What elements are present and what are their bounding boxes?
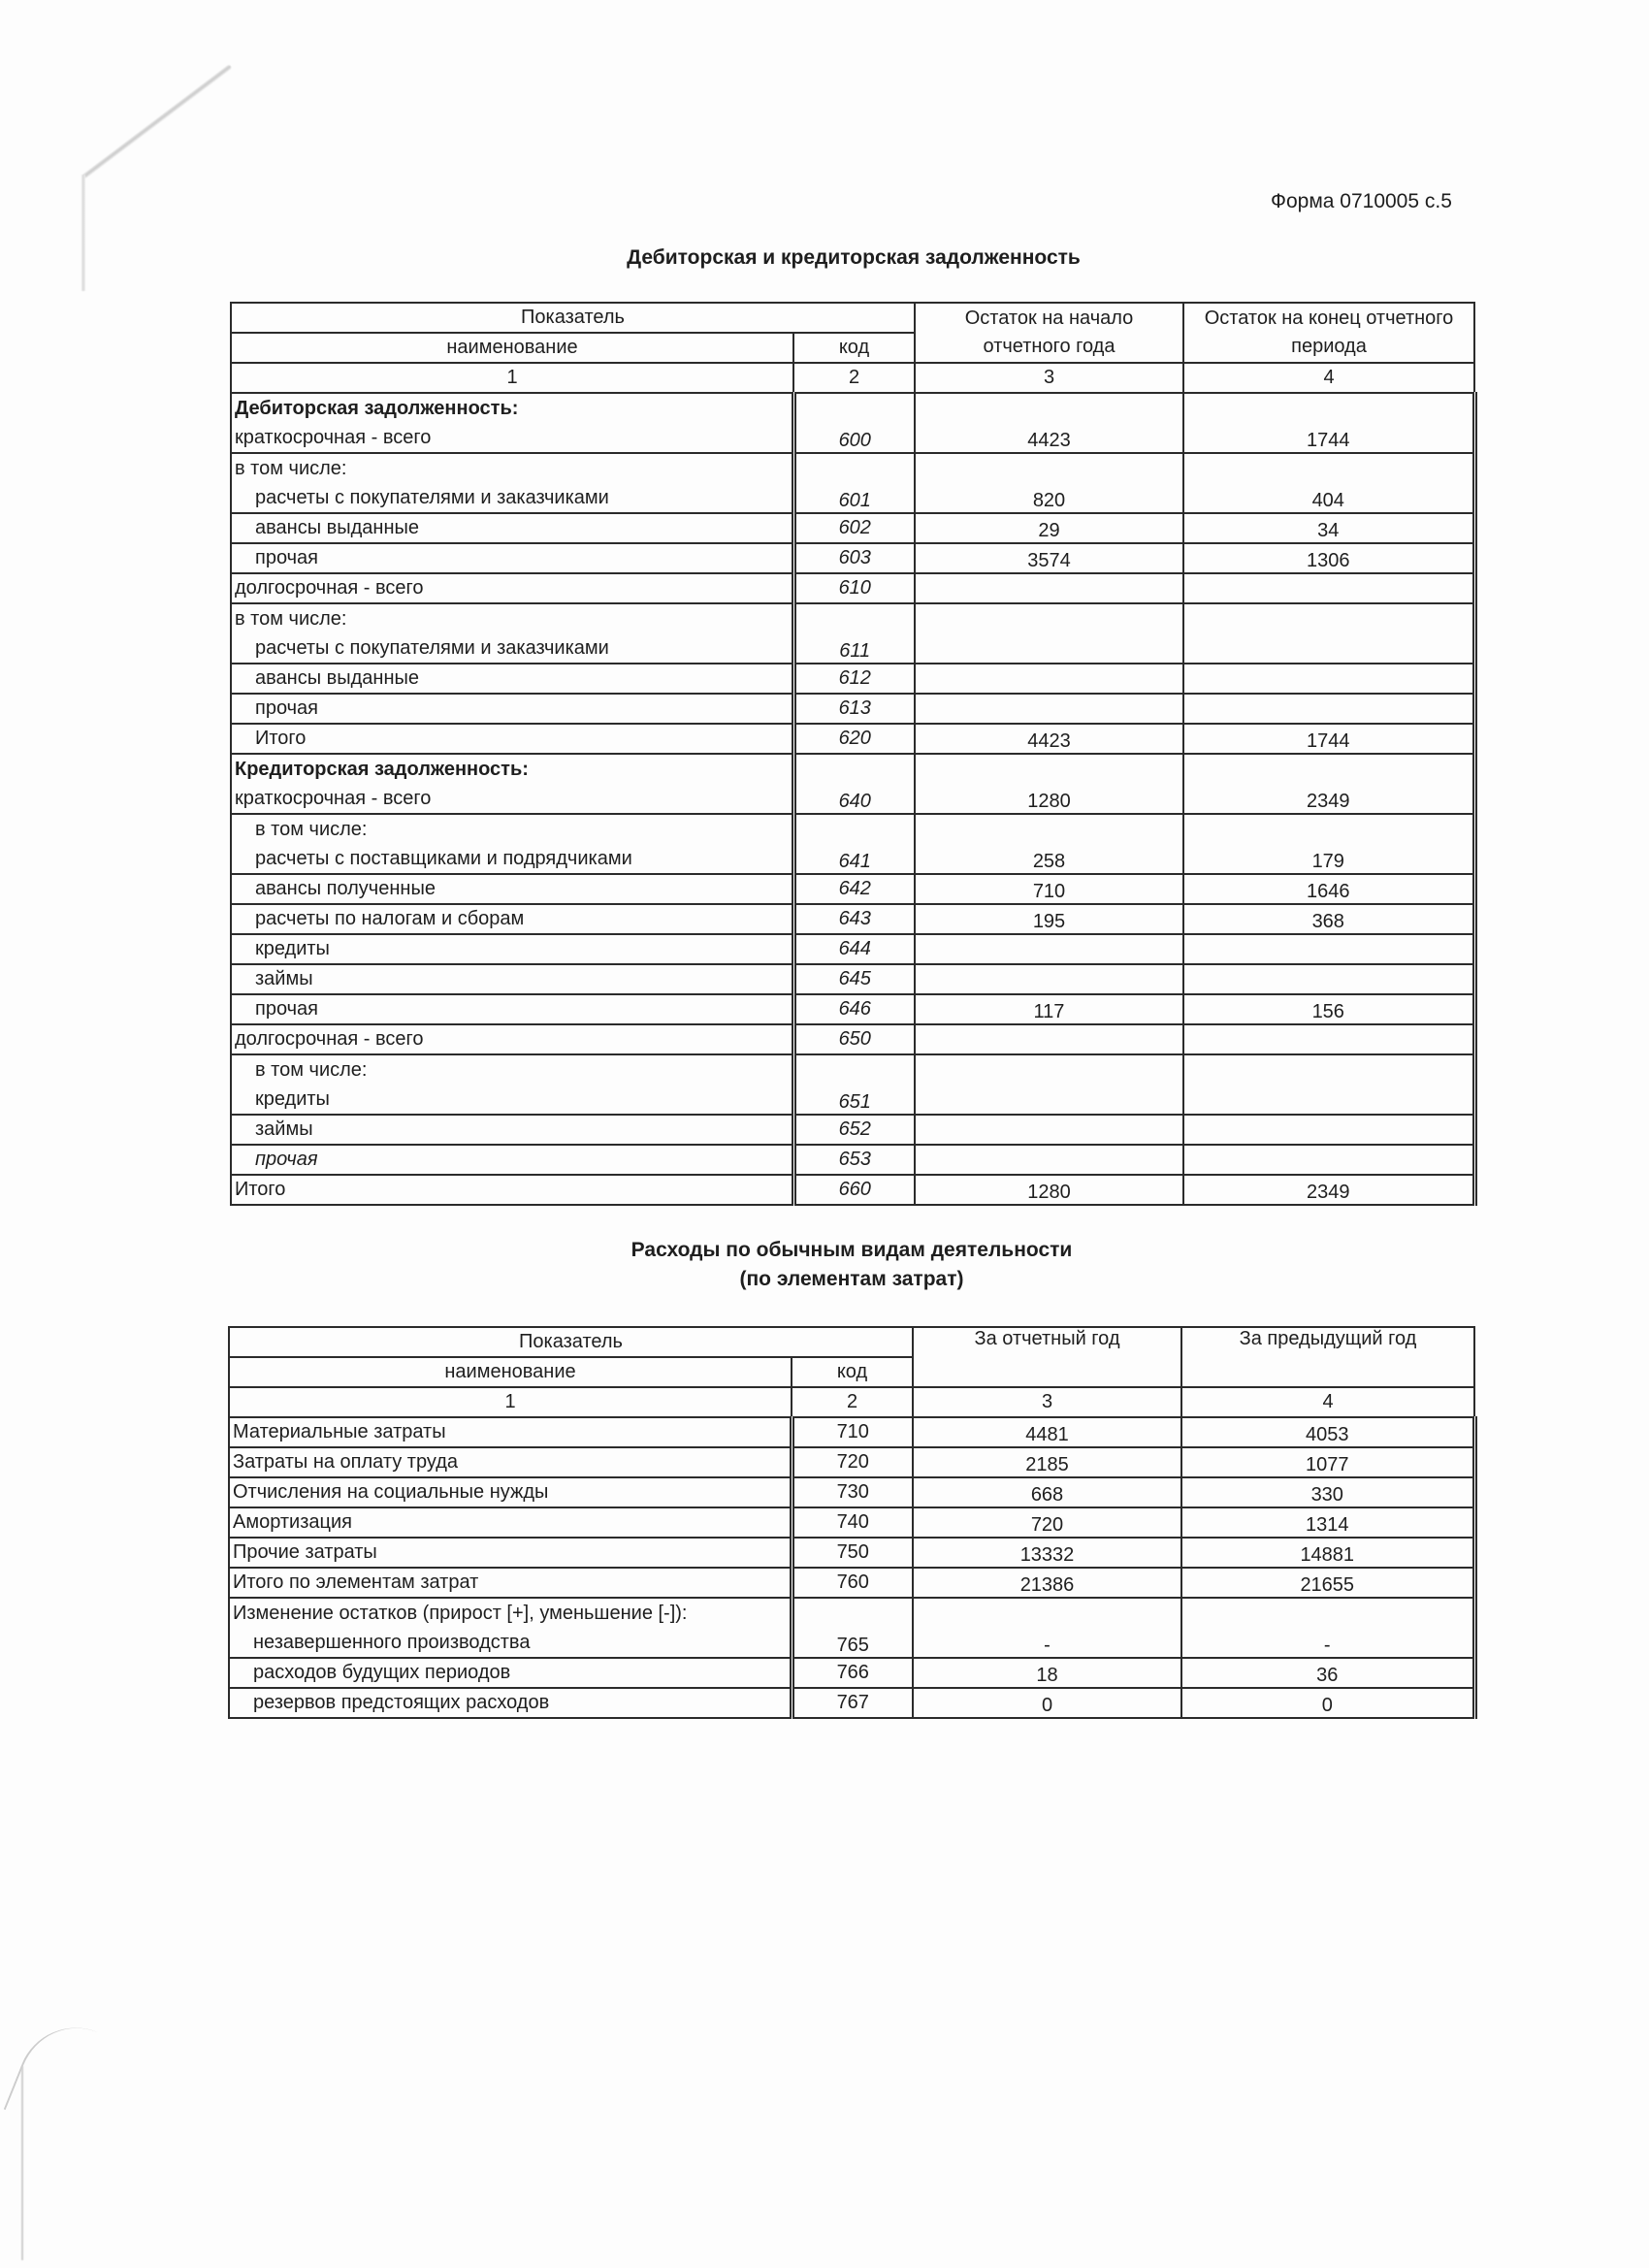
row-value-end: 179	[1183, 814, 1474, 874]
row-label-text: прочая	[235, 697, 789, 720]
row-code: 611	[793, 603, 915, 664]
row-label: прочая	[231, 694, 793, 724]
row-code: 644	[793, 934, 915, 964]
row-value-start	[915, 1145, 1183, 1175]
row-label-text: Итого по элементам затрат	[233, 1571, 787, 1594]
row-value-current: 21386	[913, 1568, 1181, 1598]
row-code: 740	[792, 1507, 913, 1538]
row-value-previous: 1314	[1181, 1507, 1474, 1538]
scan-curve-mark	[4, 2010, 100, 2131]
row-code: 610	[793, 573, 915, 603]
form-code: Форма 0710005 с.5	[1271, 190, 1452, 213]
row-label-text: авансы выданные	[235, 517, 789, 539]
table-row: долгосрочная - всего610	[231, 573, 1474, 603]
row-value-end	[1183, 603, 1474, 664]
header-start: Остаток на начало отчетного года	[915, 303, 1183, 363]
row-value-start: 195	[915, 904, 1183, 934]
row-code: 602	[793, 513, 915, 543]
row-value-end	[1183, 1054, 1474, 1115]
row-label-text: расчеты по налогам и сборам	[235, 908, 789, 930]
row-label-text: Кредиторская задолженность:	[235, 755, 789, 784]
row-label: в том числе:расчеты с покупателями и зак…	[231, 453, 793, 513]
row-label: Прочие затраты	[229, 1538, 792, 1568]
row-value-start: 3574	[915, 543, 1183, 573]
table-row: расчеты по налогам и сборам643195368	[231, 904, 1474, 934]
row-value-previous: -	[1181, 1598, 1474, 1658]
row-code: 641	[793, 814, 915, 874]
row-value-start	[915, 1115, 1183, 1145]
row-value-start: 29	[915, 513, 1183, 543]
row-code: 765	[792, 1598, 913, 1658]
row-label: авансы выданные	[231, 664, 793, 694]
row-value-end: 156	[1183, 994, 1474, 1024]
row-sublabel-text: кредиты	[235, 1085, 789, 1114]
row-value-start	[915, 573, 1183, 603]
row-label: долгосрочная - всего	[231, 573, 793, 603]
row-value-start	[915, 664, 1183, 694]
header-num-2: 2	[792, 1387, 913, 1417]
table-row: Итого62044231744	[231, 724, 1474, 754]
expenses-subtitle: (по элементам затрат)	[27, 1265, 1649, 1294]
row-value-current: 13332	[913, 1538, 1181, 1568]
row-label-text: в том числе:	[235, 815, 789, 844]
table-row: авансы выданные612	[231, 664, 1474, 694]
row-code: 601	[793, 453, 915, 513]
row-label-text: займы	[235, 1118, 789, 1141]
row-code: 613	[793, 694, 915, 724]
row-value-end	[1183, 934, 1474, 964]
row-label-text: Изменение остатков (прирост [+], уменьше…	[233, 1599, 787, 1628]
header-code: код	[792, 1357, 913, 1387]
row-label: прочая	[231, 1145, 793, 1175]
table-row: Кредиторская задолженность:краткосрочная…	[231, 754, 1474, 814]
row-label-text: Амортизация	[233, 1511, 787, 1534]
header-name: наименование	[229, 1357, 792, 1387]
row-label-text: прочая	[235, 998, 789, 1021]
row-code: 612	[793, 664, 915, 694]
scan-edge-mark-bottom	[21, 2066, 23, 2260]
row-code: 650	[793, 1024, 915, 1054]
row-label: займы	[231, 1115, 793, 1145]
row-code: 645	[793, 964, 915, 994]
row-value-start	[915, 934, 1183, 964]
row-label-text: Отчисления на социальные нужды	[233, 1481, 787, 1504]
row-value-start: 710	[915, 874, 1183, 904]
header-num-1: 1	[229, 1387, 792, 1417]
row-label: резервов предстоящих расходов	[229, 1688, 792, 1718]
row-value-end: 34	[1183, 513, 1474, 543]
row-label: в том числе:расчеты с поставщиками и под…	[231, 814, 793, 874]
table-row: Отчисления на социальные нужды730668330	[229, 1477, 1474, 1507]
table-row: кредиты644	[231, 934, 1474, 964]
row-value-start: 1280	[915, 1175, 1183, 1205]
row-value-start: 258	[915, 814, 1183, 874]
row-code: 640	[793, 754, 915, 814]
row-value-previous: 21655	[1181, 1568, 1474, 1598]
row-code: 646	[793, 994, 915, 1024]
scan-edge-mark	[81, 175, 85, 291]
row-label-text: займы	[235, 968, 789, 990]
row-value-start: 820	[915, 453, 1183, 513]
table-row: Затраты на оплату труда72021851077	[229, 1447, 1474, 1477]
row-value-current: 4481	[913, 1417, 1181, 1447]
row-code: 750	[792, 1538, 913, 1568]
row-value-end: 1744	[1183, 724, 1474, 754]
row-value-previous: 0	[1181, 1688, 1474, 1718]
row-value-start	[915, 1024, 1183, 1054]
row-value-end: 2349	[1183, 1175, 1474, 1205]
row-label: прочая	[231, 543, 793, 573]
header-num-1: 1	[231, 363, 793, 393]
row-value-end	[1183, 1024, 1474, 1054]
table-row: прочая653	[231, 1145, 1474, 1175]
row-value-end: 368	[1183, 904, 1474, 934]
debt-table: Показатель Остаток на начало отчетного г…	[230, 302, 1477, 1206]
table-row: прочая613	[231, 694, 1474, 724]
row-label-text: расходов будущих периодов	[233, 1662, 787, 1684]
table-row: в том числе:расчеты с покупателями и зак…	[231, 453, 1474, 513]
header-code: код	[793, 333, 915, 363]
row-sublabel-text: расчеты с поставщиками и подрядчиками	[235, 844, 789, 873]
row-value-current: 720	[913, 1507, 1181, 1538]
row-label-text: в том числе:	[235, 454, 789, 483]
header-end: Остаток на конец отчетного периода	[1183, 303, 1474, 363]
table-row: Изменение остатков (прирост [+], уменьше…	[229, 1598, 1474, 1658]
row-label: расходов будущих периодов	[229, 1658, 792, 1688]
row-code: 760	[792, 1568, 913, 1598]
row-value-end	[1183, 573, 1474, 603]
header-previous: За предыдущий год	[1181, 1327, 1474, 1387]
row-value-start	[915, 694, 1183, 724]
row-label-text: прочая	[235, 1149, 789, 1171]
row-value-current: 668	[913, 1477, 1181, 1507]
table-row: авансы выданные6022934	[231, 513, 1474, 543]
row-code: 651	[793, 1054, 915, 1115]
table-row: Материальные затраты71044814053	[229, 1417, 1474, 1447]
table-row: в том числе:расчеты с поставщиками и под…	[231, 814, 1474, 874]
row-value-current: 0	[913, 1688, 1181, 1718]
row-label: расчеты по налогам и сборам	[231, 904, 793, 934]
row-value-start	[915, 603, 1183, 664]
row-label-text: Итого	[235, 728, 789, 750]
table-row: займы652	[231, 1115, 1474, 1145]
row-label: Изменение остатков (прирост [+], уменьше…	[229, 1598, 792, 1658]
row-sublabel-text: краткосрочная - всего	[235, 784, 789, 813]
table-row: прочая60335741306	[231, 543, 1474, 573]
table-row: в том числе:кредиты651	[231, 1054, 1474, 1115]
row-value-current: 2185	[913, 1447, 1181, 1477]
header-num-2: 2	[793, 363, 915, 393]
row-value-current: 18	[913, 1658, 1181, 1688]
row-sublabel-text: расчеты с покупателями и заказчиками	[235, 633, 789, 663]
row-label: в том числе:расчеты с покупателями и зак…	[231, 603, 793, 664]
header-current: За отчетный год	[913, 1327, 1181, 1387]
row-label-text: Затраты на оплату труда	[233, 1451, 787, 1474]
row-label: займы	[231, 964, 793, 994]
row-value-start: 1280	[915, 754, 1183, 814]
row-label: Амортизация	[229, 1507, 792, 1538]
debt-table-title: Дебиторская и кредиторская задолженность	[29, 246, 1649, 270]
row-code: 653	[793, 1145, 915, 1175]
row-sublabel-text: незавершенного производства	[233, 1628, 787, 1657]
row-code: 642	[793, 874, 915, 904]
row-code: 720	[792, 1447, 913, 1477]
row-code: 766	[792, 1658, 913, 1688]
row-code: 643	[793, 904, 915, 934]
row-value-end	[1183, 1145, 1474, 1175]
table-row: Итого по элементам затрат7602138621655	[229, 1568, 1474, 1598]
table-row: авансы полученные6427101646	[231, 874, 1474, 904]
row-label: Отчисления на социальные нужды	[229, 1477, 792, 1507]
row-value-end: 2349	[1183, 754, 1474, 814]
row-label-text: Материальные затраты	[233, 1421, 787, 1443]
table-row: Амортизация7407201314	[229, 1507, 1474, 1538]
row-code: 710	[792, 1417, 913, 1447]
expenses-table: Показатель За отчетный год За предыдущий…	[228, 1326, 1477, 1719]
row-value-start	[915, 1054, 1183, 1115]
row-code: 620	[793, 724, 915, 754]
table-row: Дебиторская задолженность:краткосрочная …	[231, 393, 1474, 453]
row-value-end: 1306	[1183, 543, 1474, 573]
row-label: Кредиторская задолженность:краткосрочная…	[231, 754, 793, 814]
row-value-current: -	[913, 1598, 1181, 1658]
row-label-text: авансы выданные	[235, 667, 789, 690]
row-label: Затраты на оплату труда	[229, 1447, 792, 1477]
row-value-start: 4423	[915, 724, 1183, 754]
row-value-end	[1183, 964, 1474, 994]
row-value-end: 404	[1183, 453, 1474, 513]
row-label-text: Дебиторская задолженность:	[235, 394, 789, 423]
table-row: резервов предстоящих расходов76700	[229, 1688, 1474, 1718]
row-label: кредиты	[231, 934, 793, 964]
row-value-previous: 36	[1181, 1658, 1474, 1688]
row-code: 600	[793, 393, 915, 453]
row-value-previous: 330	[1181, 1477, 1474, 1507]
row-value-end: 1744	[1183, 393, 1474, 453]
row-label: авансы выданные	[231, 513, 793, 543]
row-label: прочая	[231, 994, 793, 1024]
table-row: займы645	[231, 964, 1474, 994]
row-value-start: 117	[915, 994, 1183, 1024]
table-row: в том числе:расчеты с покупателями и зак…	[231, 603, 1474, 664]
row-value-previous: 4053	[1181, 1417, 1474, 1447]
table-row: Прочие затраты7501333214881	[229, 1538, 1474, 1568]
row-value-end: 1646	[1183, 874, 1474, 904]
row-code: 730	[792, 1477, 913, 1507]
row-label-text: кредиты	[235, 938, 789, 960]
row-code: 660	[793, 1175, 915, 1205]
row-label-text: резервов предстоящих расходов	[233, 1692, 787, 1714]
header-num-3: 3	[915, 363, 1183, 393]
header-num-3: 3	[913, 1387, 1181, 1417]
row-label-text: долгосрочная - всего	[235, 577, 789, 599]
header-indicator: Показатель	[229, 1327, 913, 1357]
header-num-4: 4	[1181, 1387, 1474, 1417]
row-value-previous: 14881	[1181, 1538, 1474, 1568]
table-row: долгосрочная - всего650	[231, 1024, 1474, 1054]
row-label-text: Прочие затраты	[233, 1541, 787, 1564]
header-indicator: Показатель	[231, 303, 915, 333]
row-label: Итого	[231, 1175, 793, 1205]
header-num-4: 4	[1183, 363, 1474, 393]
table-row: Итого66012802349	[231, 1175, 1474, 1205]
row-label: Материальные затраты	[229, 1417, 792, 1447]
row-label-text: долгосрочная - всего	[235, 1028, 789, 1051]
row-label-text: авансы полученные	[235, 878, 789, 900]
header-name: наименование	[231, 333, 793, 363]
row-label-text: в том числе:	[235, 1055, 789, 1085]
table-row: прочая646117156	[231, 994, 1474, 1024]
row-label: в том числе:кредиты	[231, 1054, 793, 1115]
row-sublabel-text: расчеты с покупателями и заказчиками	[235, 483, 789, 512]
expenses-title: Расходы по обычным видам деятельности	[27, 1236, 1649, 1265]
scan-fold-mark	[81, 64, 232, 178]
row-value-start	[915, 964, 1183, 994]
row-label: Дебиторская задолженность:краткосрочная …	[231, 393, 793, 453]
row-label: Итого	[231, 724, 793, 754]
row-code: 767	[792, 1688, 913, 1718]
row-label: долгосрочная - всего	[231, 1024, 793, 1054]
row-label-text: прочая	[235, 547, 789, 569]
row-value-end	[1183, 694, 1474, 724]
row-label-text: Итого	[235, 1179, 789, 1201]
row-label: авансы полученные	[231, 874, 793, 904]
row-value-end	[1183, 1115, 1474, 1145]
row-label: Итого по элементам затрат	[229, 1568, 792, 1598]
table-row: расходов будущих периодов7661836	[229, 1658, 1474, 1688]
row-code: 603	[793, 543, 915, 573]
row-code: 652	[793, 1115, 915, 1145]
row-sublabel-text: краткосрочная - всего	[235, 423, 789, 452]
row-value-end	[1183, 664, 1474, 694]
row-label-text: в том числе:	[235, 604, 789, 633]
row-value-start: 4423	[915, 393, 1183, 453]
expenses-table-title: Расходы по обычным видам деятельности (п…	[27, 1236, 1649, 1294]
row-value-previous: 1077	[1181, 1447, 1474, 1477]
